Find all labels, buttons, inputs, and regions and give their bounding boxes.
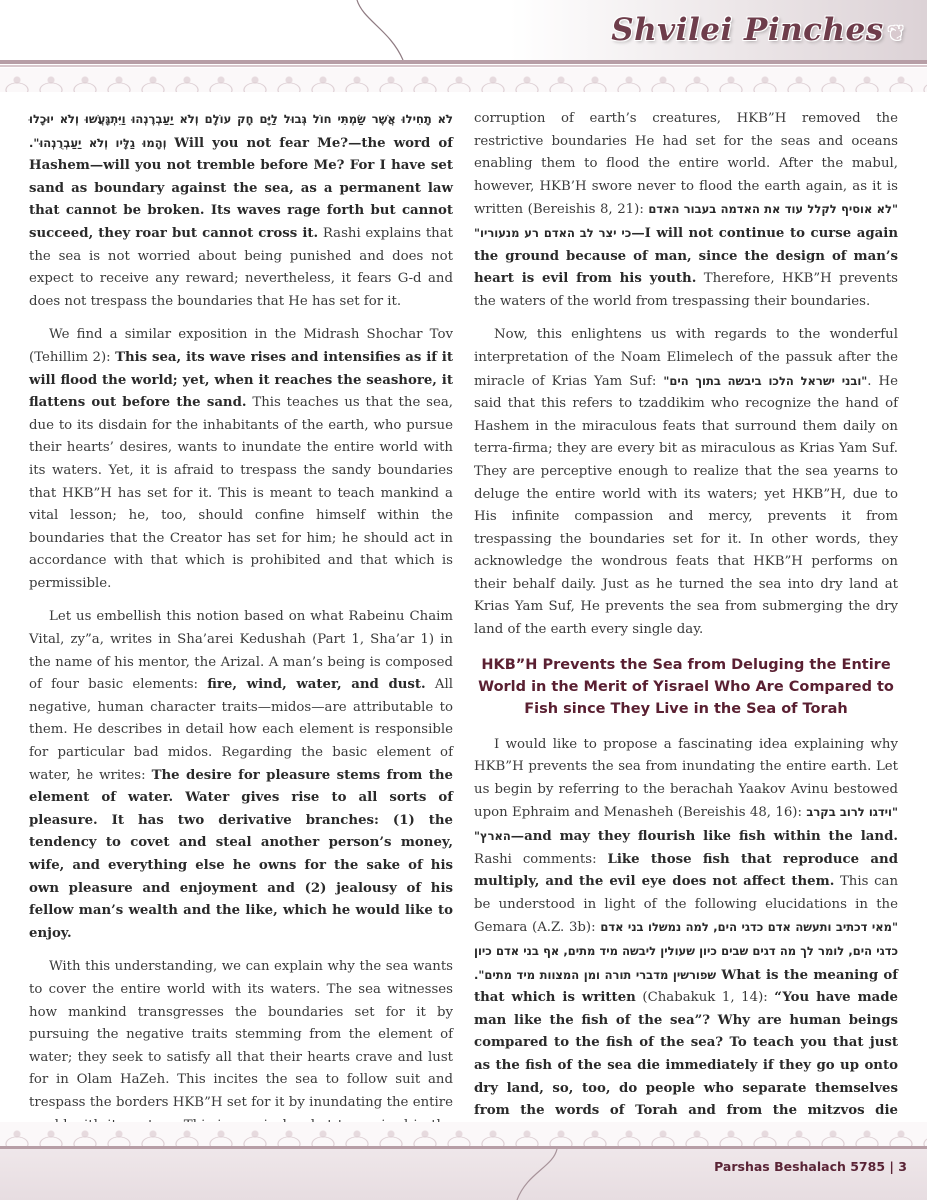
footer-swoosh-decoration: [505, 1149, 565, 1200]
right-column: corruption of earth’s creatures, HKB”H r…: [474, 108, 898, 1156]
header-swoosh-decoration: [355, 0, 415, 60]
bottom-ornament-border: [0, 1122, 927, 1146]
header-rule: [0, 60, 927, 64]
paragraph-text: . He said that this refers to tzaddikim …: [474, 374, 898, 638]
paragraph-2: We find a similar exposition in the Midr…: [29, 324, 453, 595]
paragraph-3: Let us embellish this notion based on wh…: [29, 606, 453, 945]
hebrew-quote: "ובני ישראל הלכו ביבשה בתוך הים": [663, 374, 867, 388]
brand-text: Shvilei Pinches: [611, 12, 884, 48]
paragraph-text: This teaches us that the sea, due to its…: [29, 395, 453, 591]
bold-quote: The desire for pleasure stems from the e…: [29, 768, 453, 941]
bold-elements: fire, wind, water, and dust.: [207, 677, 425, 692]
header-rule-thin: [0, 65, 927, 67]
section-heading: HKB”H Prevents the Sea from Deluging the…: [474, 654, 898, 720]
paragraph-6: Now, this enlightens us with regards to …: [474, 324, 898, 641]
page-header: Shvilei Pinches❦: [0, 0, 927, 60]
paragraph-5: corruption of earth’s creatures, HKB”H r…: [474, 108, 898, 313]
bold-quote: “You have made man like the fish of the …: [474, 990, 898, 1141]
paragraph-1: לֹא תָחִילוּ אֲשֶׁר שַׂמְתִּי חוֹל גְּבו…: [29, 108, 453, 313]
brand-title: Shvilei Pinches❦: [611, 12, 905, 48]
page-folio: Parshas Beshalach 5785 | 3: [714, 1159, 907, 1174]
left-column: לֹא תָחִילוּ אֲשֶׁר שַׂמְתִּי חוֹל גְּבו…: [29, 108, 453, 1171]
brand-ornament-icon: ❦: [888, 21, 905, 45]
paragraph-text: Rashi comments:: [474, 852, 608, 867]
bold-translation: —and may they flourish like fish within …: [511, 829, 898, 844]
page-footer: Parshas Beshalach 5785 | 3: [0, 1149, 927, 1200]
top-ornament-border: [0, 68, 927, 92]
paragraph-7: I would like to propose a fascinating id…: [474, 734, 898, 1146]
paragraph-text: (Chabakuk 1, 14):: [636, 990, 774, 1005]
